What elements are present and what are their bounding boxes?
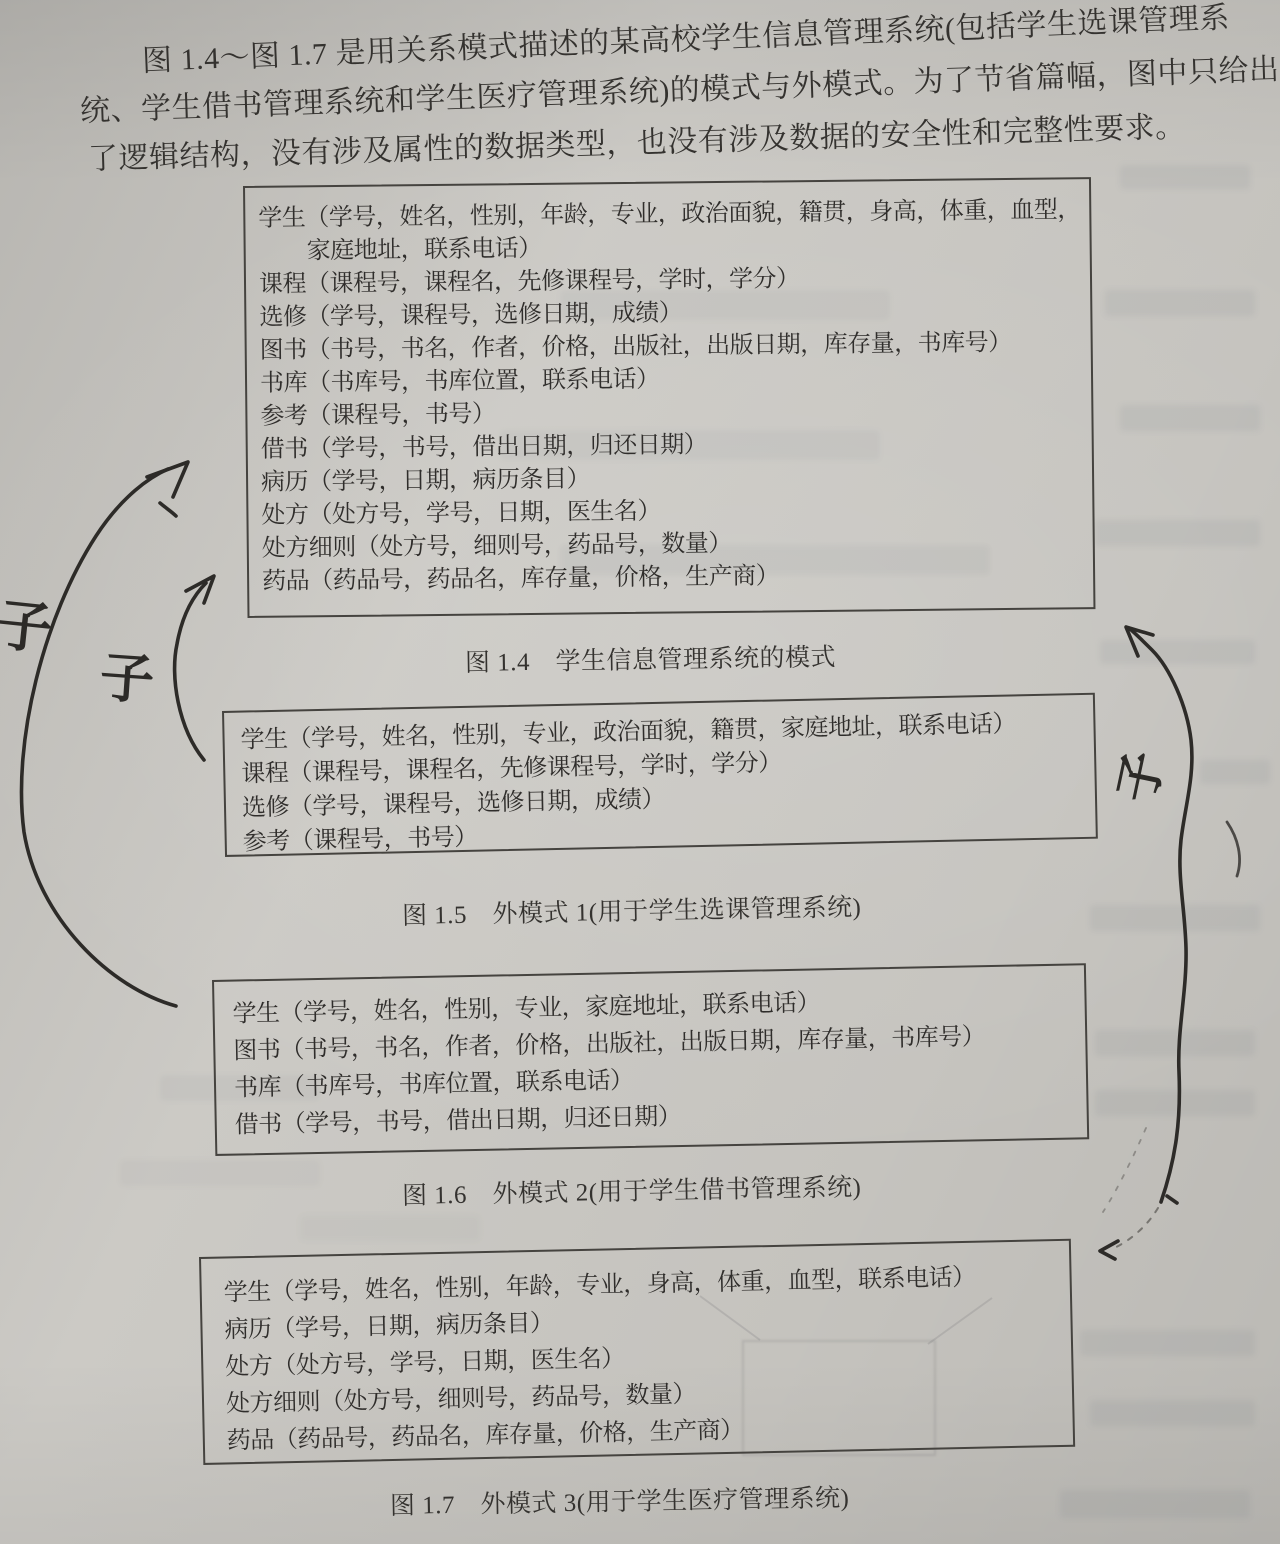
bleed-through-ghost	[1200, 760, 1270, 784]
hand-arrow-left-inner-head	[186, 576, 214, 603]
hand-flick-right	[1227, 822, 1240, 876]
scanned-textbook-page: { "page": { "intro": { "lines": [ "图 1.4…	[0, 0, 1280, 1544]
figure-1-4-schema-box: 学生（学号，姓名，性别，年龄，专业，政治面貌，籍贯，身高，体重，血型， 家庭地址…	[243, 177, 1095, 618]
bleed-through-ghost	[120, 1160, 320, 1186]
handwritten-zi-right: 子	[1111, 747, 1170, 806]
bleed-through-ghost	[1120, 165, 1250, 189]
bleed-through-ghost	[1060, 1490, 1250, 1518]
hand-arrow-right-tail-hook	[1100, 1241, 1118, 1259]
bleed-through-ghost	[1120, 405, 1260, 431]
figure-1-5-schema-box: 学生（学号，姓名，性别，专业，政治面貌，籍贯，家庭地址，联系电话） 课程（课程号…	[222, 693, 1098, 857]
figure-1-4-caption: 图 1.4 学生信息管理系统的模式	[465, 637, 837, 679]
hand-arrow-left-inner	[175, 583, 206, 760]
hand-arrow-left-long-flick	[160, 503, 176, 516]
handwritten-zi-left-inner: 子	[98, 650, 156, 708]
bleed-through-ghost	[1095, 1090, 1255, 1116]
figure-1-6-schema-box: 学生（学号，姓名，性别，专业，家庭地址，联系电话） 图书（书号，书名，作者，价格…	[212, 963, 1089, 1156]
handwritten-zi-left-outer: 子	[0, 597, 55, 659]
bleed-through-ghost	[1095, 520, 1260, 546]
bleed-through-ghost	[1090, 905, 1260, 931]
bleed-through-ghost	[1090, 1400, 1255, 1426]
bleed-through-ghost	[300, 1215, 480, 1241]
figure-1-7-caption: 图 1.7 外模式 3(用于学生医疗管理系统)	[390, 1478, 850, 1522]
bleed-through-ghost	[1100, 640, 1255, 664]
bleed-through-ghost	[1105, 290, 1255, 316]
figure-1-7-schema-box: 学生（学号，姓名，性别，年龄，专业，身高，体重，血型，联系电话） 病历（学号，日…	[199, 1239, 1075, 1465]
hand-arrow-right-tick	[1167, 1196, 1177, 1203]
hand-arrow-right-tail-dashed	[1112, 1208, 1158, 1249]
bleed-through-ghost	[1080, 1330, 1255, 1356]
figure-1-5-caption: 图 1.5 外模式 1(用于学生选课管理系统)	[402, 887, 862, 932]
hand-arrow-left-long-head	[147, 462, 188, 497]
figure-1-6-caption: 图 1.6 外模式 2(用于学生借书管理系统)	[402, 1167, 862, 1212]
bleed-through-ghost	[1095, 1030, 1255, 1056]
hand-arrow-left-long	[21, 469, 176, 1006]
hand-dashed-diagonal	[1103, 1128, 1146, 1212]
